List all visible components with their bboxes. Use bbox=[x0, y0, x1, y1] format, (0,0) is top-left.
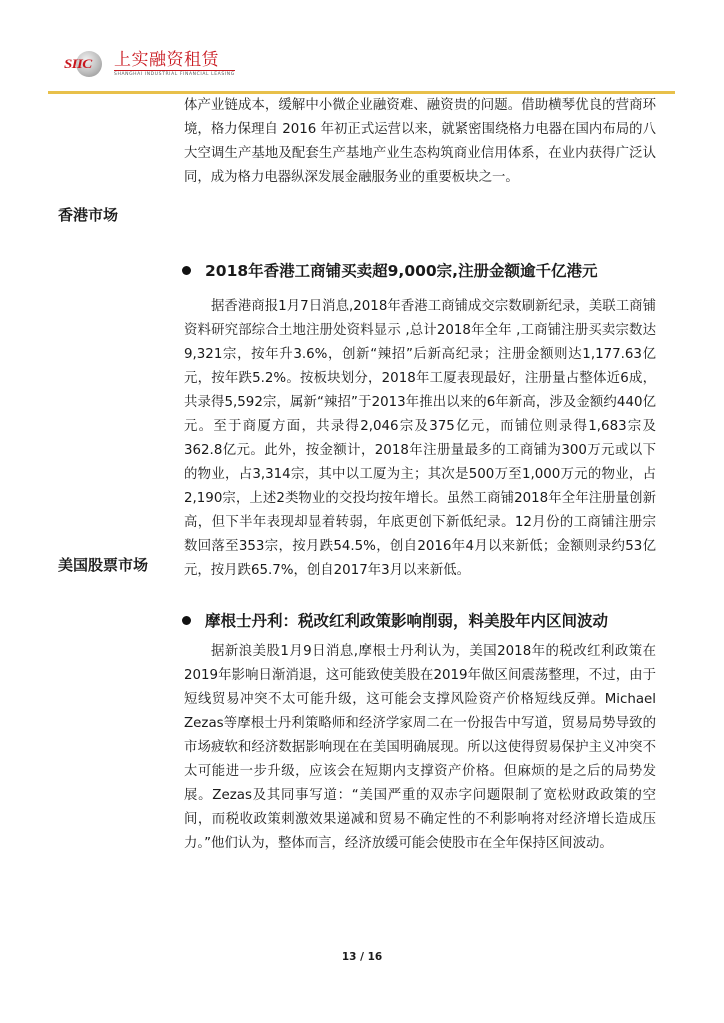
article-body-us: 据新浪美股1月9日消息,摩根士丹利认为，美国2018年的税改红利政策在2019年… bbox=[184, 640, 656, 856]
section-title-us-stock-market: 美国股票市场 bbox=[58, 554, 148, 575]
article-body-hk: 据香港商报1月7日消息,2018年香港工商铺成交宗数刷新纪录，美联工商铺资料研究… bbox=[184, 295, 656, 583]
page-number: 13 / 16 bbox=[0, 951, 724, 963]
headline-hk: 2018年香港工商铺买卖超9,000宗,注册金额逾千亿港元 bbox=[182, 259, 598, 281]
headline-us: 摩根士丹利：税改红利政策影响削弱，料美股年内区间波动 bbox=[182, 609, 608, 631]
bullet-icon bbox=[182, 616, 191, 625]
company-logo: SIIC 上实融资租赁 SHANGHAI INDUSTRIAL FINANCIA… bbox=[64, 50, 235, 78]
intro-paragraph: 体产业链成本，缓解中小微企业融资难、融资贵的问题。借助横琴优良的营商环境，格力保… bbox=[184, 94, 656, 190]
bullet-icon bbox=[182, 266, 191, 275]
headline-text: 摩根士丹利：税改红利政策影响削弱，料美股年内区间波动 bbox=[205, 609, 608, 631]
company-name-en: SHANGHAI INDUSTRIAL FINANCIAL LEASING bbox=[114, 71, 235, 78]
section-title-hk-market: 香港市场 bbox=[58, 204, 118, 225]
company-name-cn: 上实融资租赁 bbox=[114, 51, 235, 71]
siic-logo-icon: SIIC bbox=[64, 51, 110, 77]
headline-text: 2018年香港工商铺买卖超9,000宗,注册金额逾千亿港元 bbox=[205, 259, 598, 281]
